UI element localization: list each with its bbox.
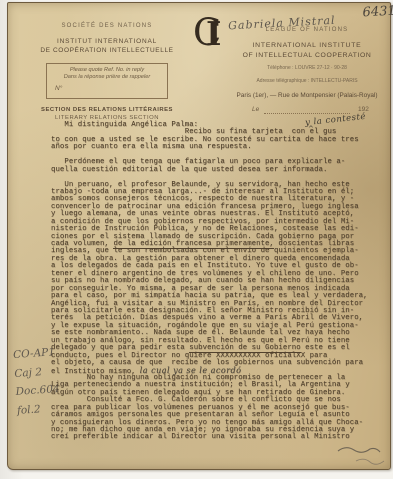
handwritten-flourish-icon	[336, 443, 390, 473]
letter-paper: SOCIÉTÉ DES NATIONS INSTITUT INTERNATION…	[7, 2, 391, 470]
refbox-line-fr: Dans la réponse prière de rappeler	[49, 74, 165, 81]
institute-name-fr-line1: INSTITUT INTERNATIONAL	[38, 38, 176, 45]
monogram-letter-i: I	[206, 14, 221, 54]
org-name-fr: SOCIÉTÉ DES NATIONS	[38, 23, 176, 29]
institute-name-en-line2: OF INTELLECTUAL COOPERATION	[224, 52, 390, 59]
section-name-fr: SECTION DES RELATIONS LITTÉRAIRES	[38, 107, 176, 113]
handwritten-number: 6431	[362, 4, 393, 21]
date-prefix: Le	[252, 106, 259, 113]
letterhead-left: SOCIÉTÉ DES NATIONS INSTITUT INTERNATION…	[38, 23, 176, 121]
telephone-line: Téléphone : LOUVRE 27-12 · 90-28	[224, 65, 390, 72]
institute-name-en-line1: INTERNATIONAL INSTITUTE	[224, 42, 390, 49]
letterhead-right: LEAGUE OF NATIONS INTERNATIONAL INSTITUT…	[224, 27, 390, 116]
letter-body: Mi distinguida Angélica Palma: Recibo su…	[51, 122, 387, 442]
refbox-line-en: Please quote Ref. No. in reply	[49, 67, 165, 74]
refbox-number-label: N°	[55, 85, 165, 92]
typed-line: años por cuanto era ella misma una respu…	[51, 144, 387, 151]
institute-name-fr-line2: DE COOPÉRATION INTELLECTUELLE	[38, 47, 176, 54]
typed-line: quella cuestión editorial de la que uste…	[51, 167, 387, 174]
address-line: Paris (1er), — Rue de Montpensier (Palai…	[224, 92, 390, 99]
reference-box: Please quote Ref. No. in reply Dans la r…	[46, 63, 168, 99]
typed-line: creí preferible indicar al Director una …	[51, 434, 387, 441]
telegraph-line: Adresse télégraphique : INTELLECTU-PARIS	[224, 78, 390, 85]
